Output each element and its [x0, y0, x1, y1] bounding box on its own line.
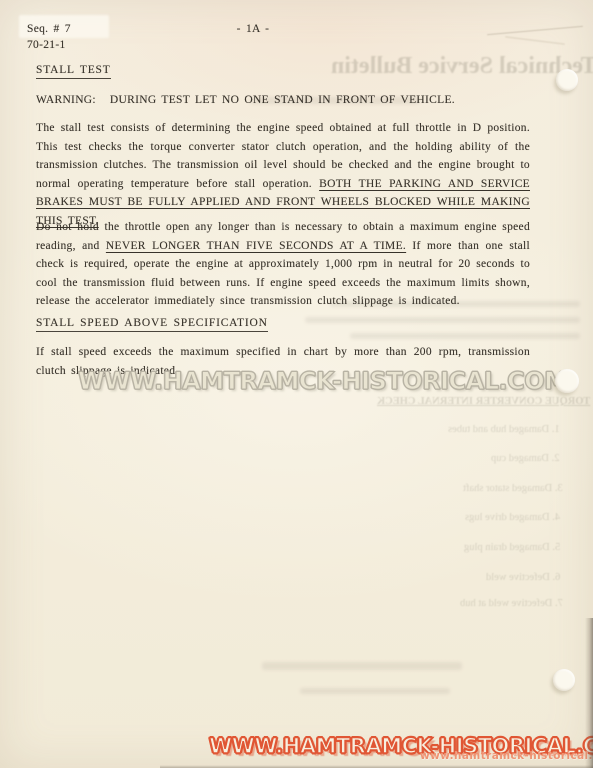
bleed-through-item: 4. Damaged drive lugs — [465, 512, 560, 523]
scanned-document-page: Technical Service Bulletin TORQUE CONVER… — [0, 0, 593, 768]
paragraph-stall-test-1: The stall test consists of determining t… — [36, 119, 530, 230]
section-heading-stall-test: STALL TEST — [36, 61, 111, 80]
bleed-through-smudge — [300, 688, 450, 694]
bleed-through-item: 2. Damaged cup — [491, 453, 560, 464]
scan-page-edge — [585, 618, 593, 768]
stall-test-heading-text: STALL TEST — [36, 64, 111, 79]
punch-hole-top — [556, 69, 578, 91]
bleed-through-item: 3. Damaged stator shaft — [463, 483, 563, 494]
warning-line: WARNING:DURING TEST LET NO ONE STAND IN … — [36, 91, 455, 110]
paper-crease — [505, 36, 565, 44]
punch-hole-middle — [555, 369, 579, 393]
bleed-through-item: 1. Damaged hub and tubes — [448, 424, 560, 435]
paper-crease — [487, 26, 583, 35]
bleed-through-smudge — [350, 333, 580, 339]
warning-label: WARNING: — [36, 94, 110, 106]
document-number: 70-21-1 — [27, 36, 66, 55]
paragraph-stall-test-2: Do not hold the throttle open any longer… — [36, 218, 530, 311]
warning-text: DURING TEST LET NO ONE STAND IN FRONT OF… — [110, 94, 455, 106]
bleed-through-item: 5. Damaged drain plug — [464, 542, 560, 553]
bleed-through-item: 6. Defective weld — [486, 572, 560, 583]
bottom-watermark-url: www.hamtramck-historical.com — [420, 750, 593, 762]
bleed-through-title: Technical Service Bulletin — [331, 53, 593, 80]
paragraph-2-underlined-text: NEVER LONGER THAN FIVE SECONDS AT A TIME… — [106, 240, 406, 252]
stall-speed-heading-text: STALL SPEED ABOVE SPECIFICATION — [36, 317, 268, 332]
page-number: - 1A - — [213, 20, 293, 39]
bleed-through-item: 7. Defective weld at hub — [460, 598, 563, 609]
center-watermark: WWW.HAMTRAMCK-HISTORICAL.COM — [78, 367, 502, 395]
bleed-through-smudge — [262, 662, 462, 670]
bleed-through-smudge — [305, 317, 580, 323]
punch-hole-bottom — [553, 669, 575, 691]
bleed-through-heading: TORQUE CONVERTER INTERNAL CHECK — [377, 396, 590, 407]
section-heading-stall-speed: STALL SPEED ABOVE SPECIFICATION — [36, 314, 268, 333]
